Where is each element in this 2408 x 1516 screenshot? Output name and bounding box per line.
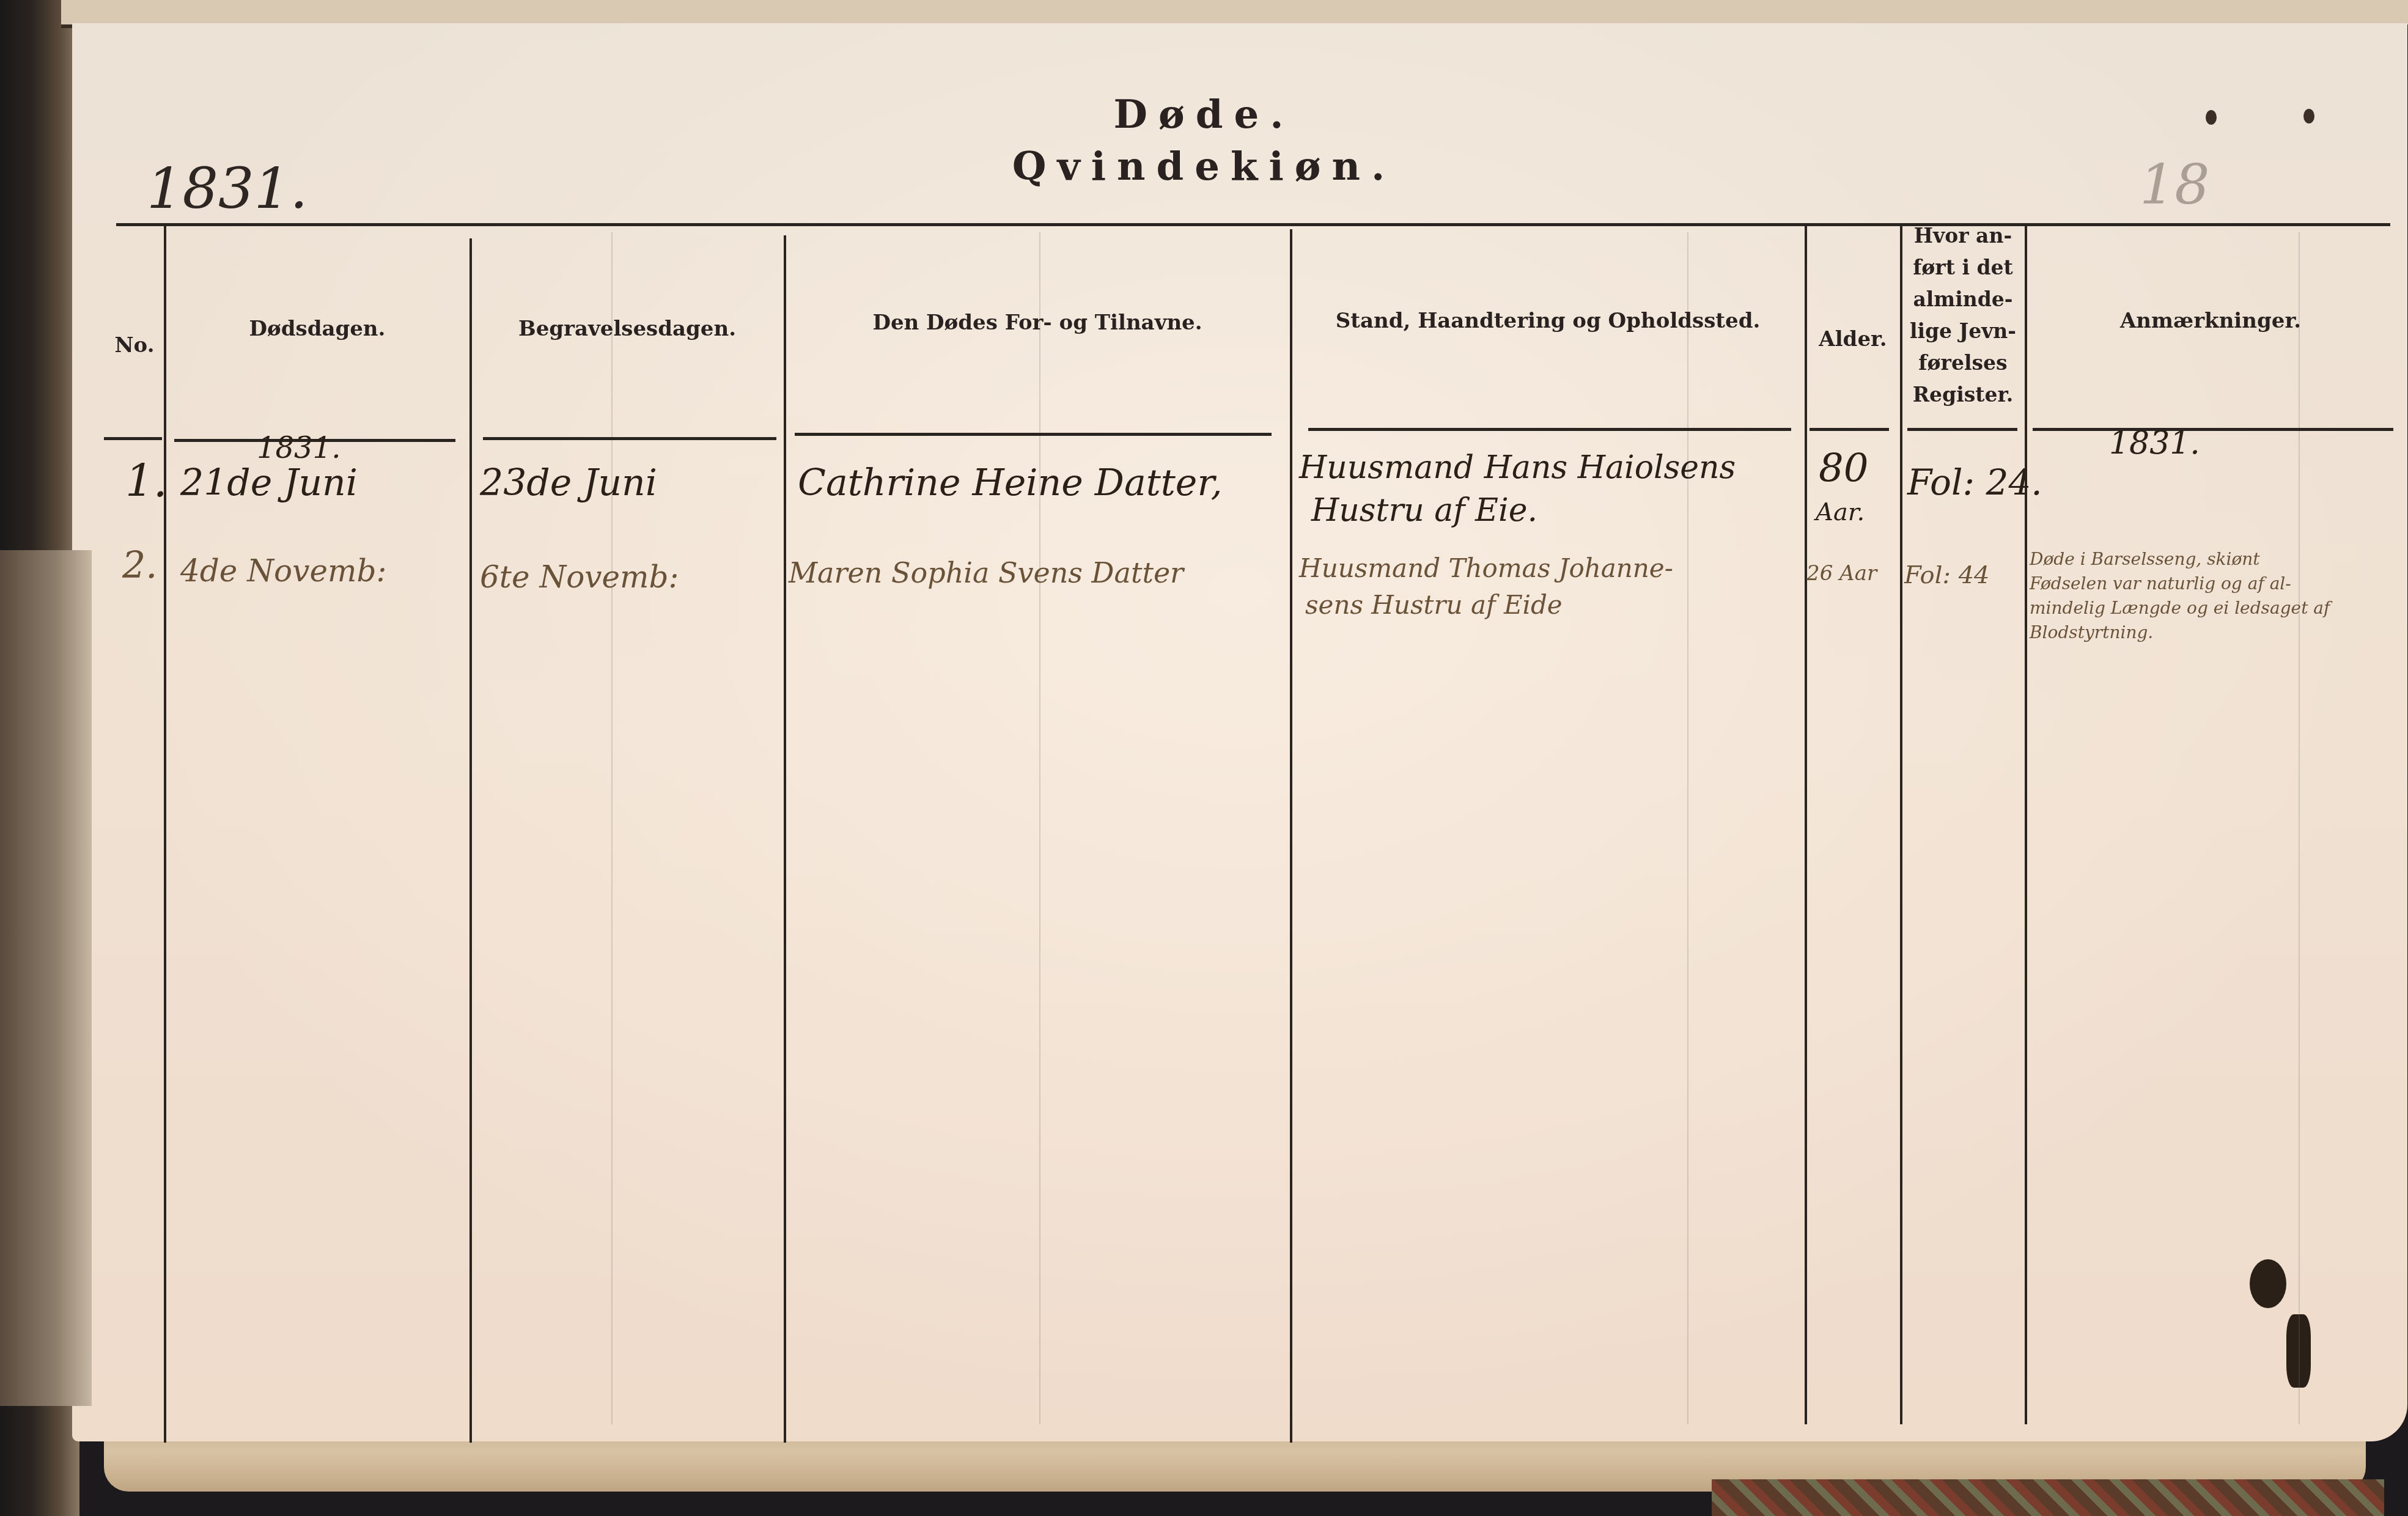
column-header-status: Stand, Haandtering og Opholdssted. [1292, 309, 1803, 333]
page-title: Døde. [0, 92, 2408, 138]
remarks-line: Fødselen var naturlig og af al- [2030, 572, 2396, 596]
column-divider [2025, 226, 2027, 1424]
year-marginal: 1831. [147, 156, 307, 221]
status-occupation: Huusmand Thomas Johanne- [1299, 553, 1673, 583]
register-header-line: ført i det [1902, 252, 2023, 284]
age-unit: Aar. [1816, 498, 1865, 526]
column-divider [469, 238, 472, 1443]
remarks-line: mindelig Længde og ei ledsaget af [2030, 596, 2396, 620]
column-header-name: Den Dødes For- og Tilnavne. [786, 311, 1289, 335]
remarks-year: 1831. [2109, 425, 2200, 462]
register-header-line: alminde- [1902, 284, 2023, 315]
column-header-age: Alder. [1807, 327, 1899, 351]
register-reference: Fol: 44 [1904, 561, 1990, 589]
column-divider [1805, 226, 1807, 1424]
marbled-cover [1712, 1479, 2384, 1516]
entry-number: 1. [125, 455, 168, 507]
remarks-line: Døde i Barselsseng, skiønt [2030, 547, 2396, 572]
entry-number: 2. [122, 544, 157, 587]
entry-year-note: 1831. [257, 431, 341, 465]
header-bottom-rule [2033, 428, 2393, 431]
header-bottom-rule [1308, 428, 1791, 431]
page-subtitle: Qvindekiøn. [0, 144, 2408, 189]
burial-date: 23de Juni [480, 462, 657, 504]
register-header-line: Hvor an- [1902, 220, 2023, 252]
burial-date: 6te Novemb: [480, 559, 679, 595]
remarks-line: Blodstyrtning. [2030, 620, 2396, 645]
header-bottom-rule [483, 437, 776, 440]
register-reference: Fol: 24. [1907, 462, 2042, 503]
status-occupation: Huusmand Hans Haiolsens [1299, 449, 1736, 486]
column-divider [1290, 229, 1292, 1443]
column-header-death-date: Dødsdagen. [166, 317, 468, 341]
header-bottom-rule [795, 433, 1272, 436]
death-date: 4de Novemb: [180, 553, 386, 589]
column-header-no: No. [107, 333, 162, 358]
deceased-name: Cathrine Heine Datter, [798, 462, 1223, 504]
status-occupation-line2: Hustru af Eie. [1311, 492, 1537, 529]
status-occupation-line2: sens Hustru af Eide [1305, 590, 1563, 620]
register-header-line: førelses [1902, 347, 2023, 379]
header-top-rule [116, 223, 2390, 226]
column-divider [784, 235, 786, 1443]
column-header-register: Hvor an- ført i det alminde- lige Jevn- … [1902, 220, 2023, 411]
torn-page-edge [0, 550, 92, 1406]
column-divider [164, 226, 166, 1443]
ink-stain [2250, 1259, 2286, 1308]
register-page [72, 23, 2407, 1441]
register-header-line: Register. [1902, 379, 2023, 411]
deceased-name: Maren Sophia Svens Datter [789, 556, 1184, 589]
age-value: 80 [1819, 446, 1868, 491]
guide-line [1039, 232, 1040, 1424]
register-header-line: lige Jevn- [1902, 315, 2023, 347]
remarks-block: Døde i Barselsseng, skiønt Fødselen var … [2030, 547, 2396, 645]
death-date: 21de Juni [180, 462, 358, 504]
header-bottom-rule [1810, 428, 1889, 431]
column-header-remarks: Anmærkninger. [2027, 309, 2394, 333]
header-bottom-rule [1907, 428, 2017, 431]
header-bottom-rule [104, 437, 162, 440]
page-number: 18 [2140, 153, 2210, 217]
column-header-burial-date: Begravelsesdagen. [472, 317, 782, 341]
guide-line [1687, 232, 1688, 1424]
guide-line [2299, 232, 2300, 1424]
guide-line [611, 232, 613, 1424]
age-value: 26 Aar [1806, 561, 1877, 586]
